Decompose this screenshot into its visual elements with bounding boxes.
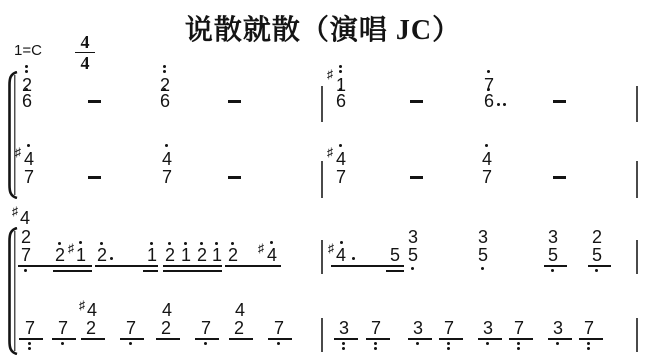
note-digit: 4 [87, 301, 97, 319]
note-underline [81, 338, 105, 340]
note-underline [366, 338, 390, 340]
note-underline [120, 338, 144, 340]
note-underline [509, 338, 533, 340]
note-digit: 7 [25, 319, 35, 337]
octave-dot-low [28, 347, 31, 350]
octave-dot-low [447, 347, 450, 350]
octave-dot-low [374, 347, 377, 350]
note-digit: 7 [201, 319, 211, 337]
staff-4-bass: 7 7 ♯ 4 2 7 4 2 7 4 2 7 3 7 3 [0, 0, 646, 364]
note-underline [52, 338, 76, 340]
note-digit: 2 [234, 319, 244, 337]
note-digit: 4 [162, 301, 172, 319]
octave-dot-low [587, 342, 590, 345]
note-underline [408, 338, 432, 340]
note-underline [439, 338, 463, 340]
octave-dot-low [342, 342, 345, 345]
note-digit: 7 [514, 319, 524, 337]
octave-dot-low [61, 342, 64, 345]
note-digit: 7 [371, 319, 381, 337]
note-digit: 7 [274, 319, 284, 337]
note-digit: 4 [235, 301, 245, 319]
octave-dot-low [28, 342, 31, 345]
octave-dot-low [587, 347, 590, 350]
octave-dot-low [342, 347, 345, 350]
note-underline [156, 338, 180, 340]
note-digit: 7 [444, 319, 454, 337]
note-digit: 3 [483, 319, 493, 337]
octave-dot-low [277, 342, 280, 345]
octave-dot-low [204, 342, 207, 345]
note-underline [548, 338, 572, 340]
note-underline [334, 338, 358, 340]
note-underline [268, 338, 292, 340]
octave-dot-low [374, 342, 377, 345]
note-digit: 3 [413, 319, 423, 337]
note-underline [195, 338, 219, 340]
sharp-accidental: ♯ [79, 299, 85, 311]
note-digit: 2 [161, 319, 171, 337]
octave-dot-low [517, 347, 520, 350]
note-digit: 7 [584, 319, 594, 337]
note-digit: 7 [126, 319, 136, 337]
octave-dot-low [447, 342, 450, 345]
score-canvas: 说散就散（演唱 JC） 1=C 4 4 2 6 2 6 ♯ 1 6 [0, 0, 646, 364]
octave-dot-low [486, 342, 489, 345]
octave-dot-low [556, 342, 559, 345]
note-digit: 7 [58, 319, 68, 337]
octave-dot-low [517, 342, 520, 345]
octave-dot-low [416, 342, 419, 345]
note-underline [229, 338, 253, 340]
note-digit: 3 [553, 319, 563, 337]
octave-dot-low [129, 342, 132, 345]
barline [636, 318, 638, 352]
note-underline [19, 338, 43, 340]
barline [321, 318, 323, 352]
note-digit: 2 [86, 319, 96, 337]
note-underline [579, 338, 603, 340]
note-underline [478, 338, 502, 340]
note-digit: 3 [339, 319, 349, 337]
